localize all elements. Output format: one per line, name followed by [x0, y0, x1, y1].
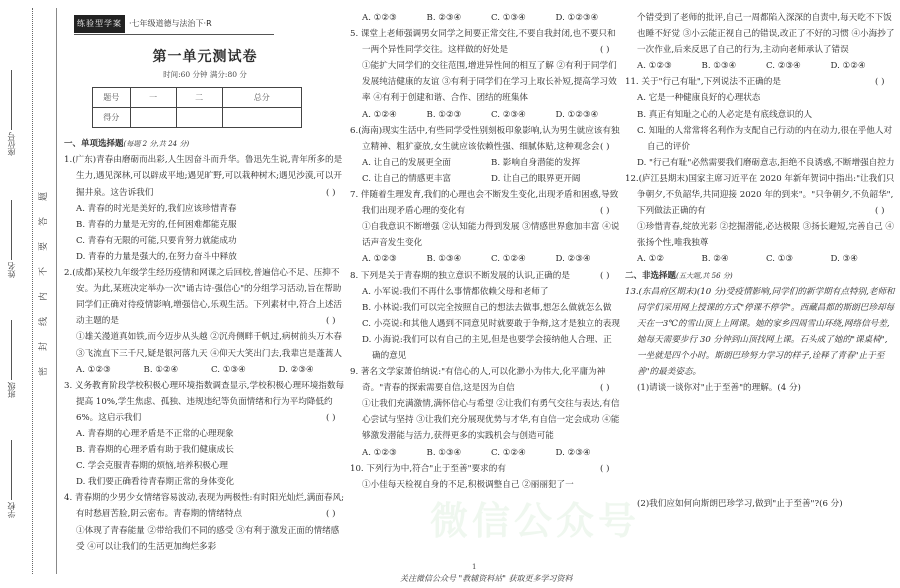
- question-13-part-2: (2)我们应如何向斯朗巴珍学习,做到"止于至善"?(6 分): [625, 496, 895, 512]
- brand-header: 练验型学案 ·七年级道德与法治下·R: [74, 15, 274, 35]
- score-cell-1[interactable]: [130, 108, 176, 128]
- class-field[interactable]: 班级: [6, 320, 17, 398]
- brand-logo: 练验型学案: [74, 15, 125, 33]
- seal-notice: 密封 线内 不要 答题: [38, 190, 47, 378]
- section-2-heading: 二、非选择题(五大题,共 56 分): [625, 268, 895, 284]
- page-number: 1: [472, 563, 476, 571]
- margin-solid-line: [56, 8, 57, 574]
- score-table: 题号 一 二 总分 得分: [92, 87, 302, 128]
- question-items: ①自我意识不断增强 ②认知能力得到发展 ③情感世界愈加丰富 ④说话声音发生变化: [350, 219, 620, 251]
- question-6: 6.(海南)现实生活中,有些同学受性别刻板印象影响,认为男生就应该有独立精神、粗…: [350, 123, 620, 155]
- question-8: 8. 下列是关于青春期的独立意识不断发展的认识,正确的是( ): [350, 268, 620, 284]
- answer-space-2[interactable]: [625, 512, 895, 572]
- page-title: 第一单元测试卷: [64, 49, 346, 65]
- question-7: 7. 伴随着生理发育,我们的心理也会不断发生变化,出现矛盾和困惑,导致我们出现矛…: [350, 187, 620, 219]
- options-row: A. ①②④B. ①②③ C. ②③④D. ①②③④: [350, 107, 620, 123]
- option[interactable]: B. 真正有知耻之心的人必定是有底线意识的人: [625, 107, 895, 123]
- option[interactable]: D. "行己有耻"必然需要我们磨砺意志,拒绝不良诱惑,不断增强自控力: [625, 155, 895, 171]
- option[interactable]: A. 小军说:我们不再什么事情都依赖父母和老师了: [350, 284, 620, 300]
- options-row: A. ①②③B. ①③④ C. ②③④D. ①②④: [625, 58, 895, 74]
- question-13: 13.(东昌府区期末)(10 分)受疫情影响,同学们的新学期有点特别,老师和同学…: [625, 284, 895, 381]
- binding-margin: 座位号 姓名 班级 学校 密封 线内 不要 答题: [0, 0, 65, 588]
- option[interactable]: D. 我们要正确看待青春期正常的身体变化: [64, 474, 346, 490]
- score-cell-2[interactable]: [176, 108, 222, 128]
- question-items: ①能扩大同学们的交往范围,增进异性间的相互了解 ②有利于同学们发展纯洁健康的友谊…: [350, 58, 620, 106]
- fold-dotted-line: [32, 8, 33, 574]
- question-1: 1.(广东)青春由磨砺而出彩,人生因奋斗而升华。鲁迅先生说,青年所多的是生力,遇…: [64, 152, 346, 200]
- footer-note: 关注微信公众号 "教辅资料站" 获取更多学习资料: [400, 573, 572, 584]
- seat-number-field[interactable]: 座位号: [6, 70, 17, 156]
- option[interactable]: C. 学会克服青春期的烦恼,培养积极心理: [64, 458, 346, 474]
- name-field[interactable]: 姓名: [6, 200, 17, 278]
- option[interactable]: D. 小海说:我们可以有自己的主见,但是也要学会接纳他人合理、正确的意见: [350, 332, 620, 364]
- column-3: 个错受到了老师的批评,自己一周都陷入深深的自责中,每天吃不下饭也睡不好觉 ③小云…: [625, 10, 895, 572]
- option[interactable]: A. 青春期的心理矛盾是不正常的心理现象: [64, 426, 346, 442]
- option[interactable]: B. 青春的力量是无穷的,任何困难都能克服: [64, 217, 346, 233]
- watermark: 微信公众号: [430, 490, 640, 545]
- options-row: C. 让自己的情感更丰富D. 让自己的眼界更开阔: [350, 171, 620, 187]
- option[interactable]: C. 小亮说:和其他人遇到不同意见时就要敢于争辩,这才是独立的表现: [350, 316, 620, 332]
- option[interactable]: B. 青春期的心理矛盾有助于我们健康成长: [64, 442, 346, 458]
- question-3: 3. 义务教育阶段学校积极心理环境指数调查显示,学校积极心理环境指数每提高 10…: [64, 378, 346, 426]
- question-9: 9. 著名文学家萧伯纳说:"有信心的人,可以化渺小为伟大,化平庸为神奇。"青春的…: [350, 364, 620, 396]
- question-items: 个错受到了老师的批评,自己一周都陷入深深的自责中,每天吃不下饭也睡不好觉 ③小云…: [625, 10, 895, 58]
- question-items: ①体现了青春能量 ②带给我们不同的感受 ③有利于激发正面的情绪感受 ④可以让我们…: [64, 523, 346, 555]
- column-2: A. ①②③B. ②③④ C. ①③④D. ①②③④ 5. 课堂上老师强调男女同…: [350, 10, 620, 493]
- question-11: 11. 关于"行己有耻",下列说法不正确的是( ): [625, 74, 895, 90]
- options-row: A. ①②③B. ①③④ C. ①②④D. ②③④: [350, 251, 620, 267]
- option[interactable]: A. 它是一种健康良好的心理状态: [625, 90, 895, 106]
- question-2: 2.(成都)某校九年级学生经历疫情和网课之后回校,普遍信心不足、压抑不安。为此,…: [64, 265, 346, 329]
- option[interactable]: B. 小林说:我们可以完全按照自己的想法去做事,想怎么做就怎么做: [350, 300, 620, 316]
- answer-space-1[interactable]: [625, 396, 895, 496]
- exam-meta: 时间:60 分钟 满分:80 分: [64, 67, 346, 83]
- option[interactable]: D. 青春的力量是强大的,在努力奋斗中释放: [64, 249, 346, 265]
- question-items: ①珍惜青春,绽放光彩 ②挖掘潜能,必达极限 ③扬长避短,完善自己 ④张扬个性,唯…: [625, 219, 895, 251]
- score-cell-total[interactable]: [222, 108, 301, 128]
- options-row: A. ①②③B. ①②④ C. ①③④D. ②③④: [64, 362, 346, 378]
- option[interactable]: A. 青春的时光是美好的,我们应该珍惜青春: [64, 201, 346, 217]
- options-row: A. ①②③B. ①③④ C. ①②④D. ②③④: [350, 445, 620, 461]
- option[interactable]: C. 青春有无限的可能,只要肯努力就能成功: [64, 233, 346, 249]
- question-12: 12.(庐江县期末)国家主席习近平在 2020 年新年贺词中指出:"让我们只争朝…: [625, 171, 895, 219]
- question-items: ①让我们充满激情,满怀信心与希望 ②让我们有勇气交往与表达,有信心尝试与坚持 ③…: [350, 396, 620, 444]
- column-1: 练验型学案 ·七年级道德与法治下·R 第一单元测试卷 时间:60 分钟 满分:8…: [64, 0, 346, 555]
- options-row: A. 让自己的发展更全面B. 影响自身潜能的发挥: [350, 155, 620, 171]
- question-4: 4. 青春期的少男少女情绪容易波动,表现为两极性:有时阳光灿烂,满面春风;有时愁…: [64, 490, 346, 522]
- subject-label: ·七年级道德与法治下·R: [129, 16, 212, 32]
- question-10: 10. 下列行为中,符合"止于至善"要求的有( ): [350, 461, 620, 477]
- question-items: ①雄关漫道真如铁,而今迈步从头越 ②沉舟侧畔千帆过,病树前头万木春 ③飞流直下三…: [64, 329, 346, 361]
- school-field[interactable]: 学校: [6, 440, 17, 518]
- section-1-heading: 一、单项选择题(每题 2 分,共 24 分): [64, 136, 346, 152]
- question-13-part-1: (1)请谈一谈你对"止于至善"的理解。(4 分): [625, 380, 895, 396]
- options-row: A. ①②③B. ②③④ C. ①③④D. ①②③④: [350, 10, 620, 26]
- options-row: A. ①②B. ②④ C. ①③D. ③④: [625, 251, 895, 267]
- question-5: 5. 课堂上老师强调男女同学之间要正常交往,不要自我封闭,也不要只和一两个异性同…: [350, 26, 620, 58]
- option[interactable]: C. 知耻的人常常将名利作为支配自己行动的内在动力,很在乎他人对自己的评价: [625, 123, 895, 155]
